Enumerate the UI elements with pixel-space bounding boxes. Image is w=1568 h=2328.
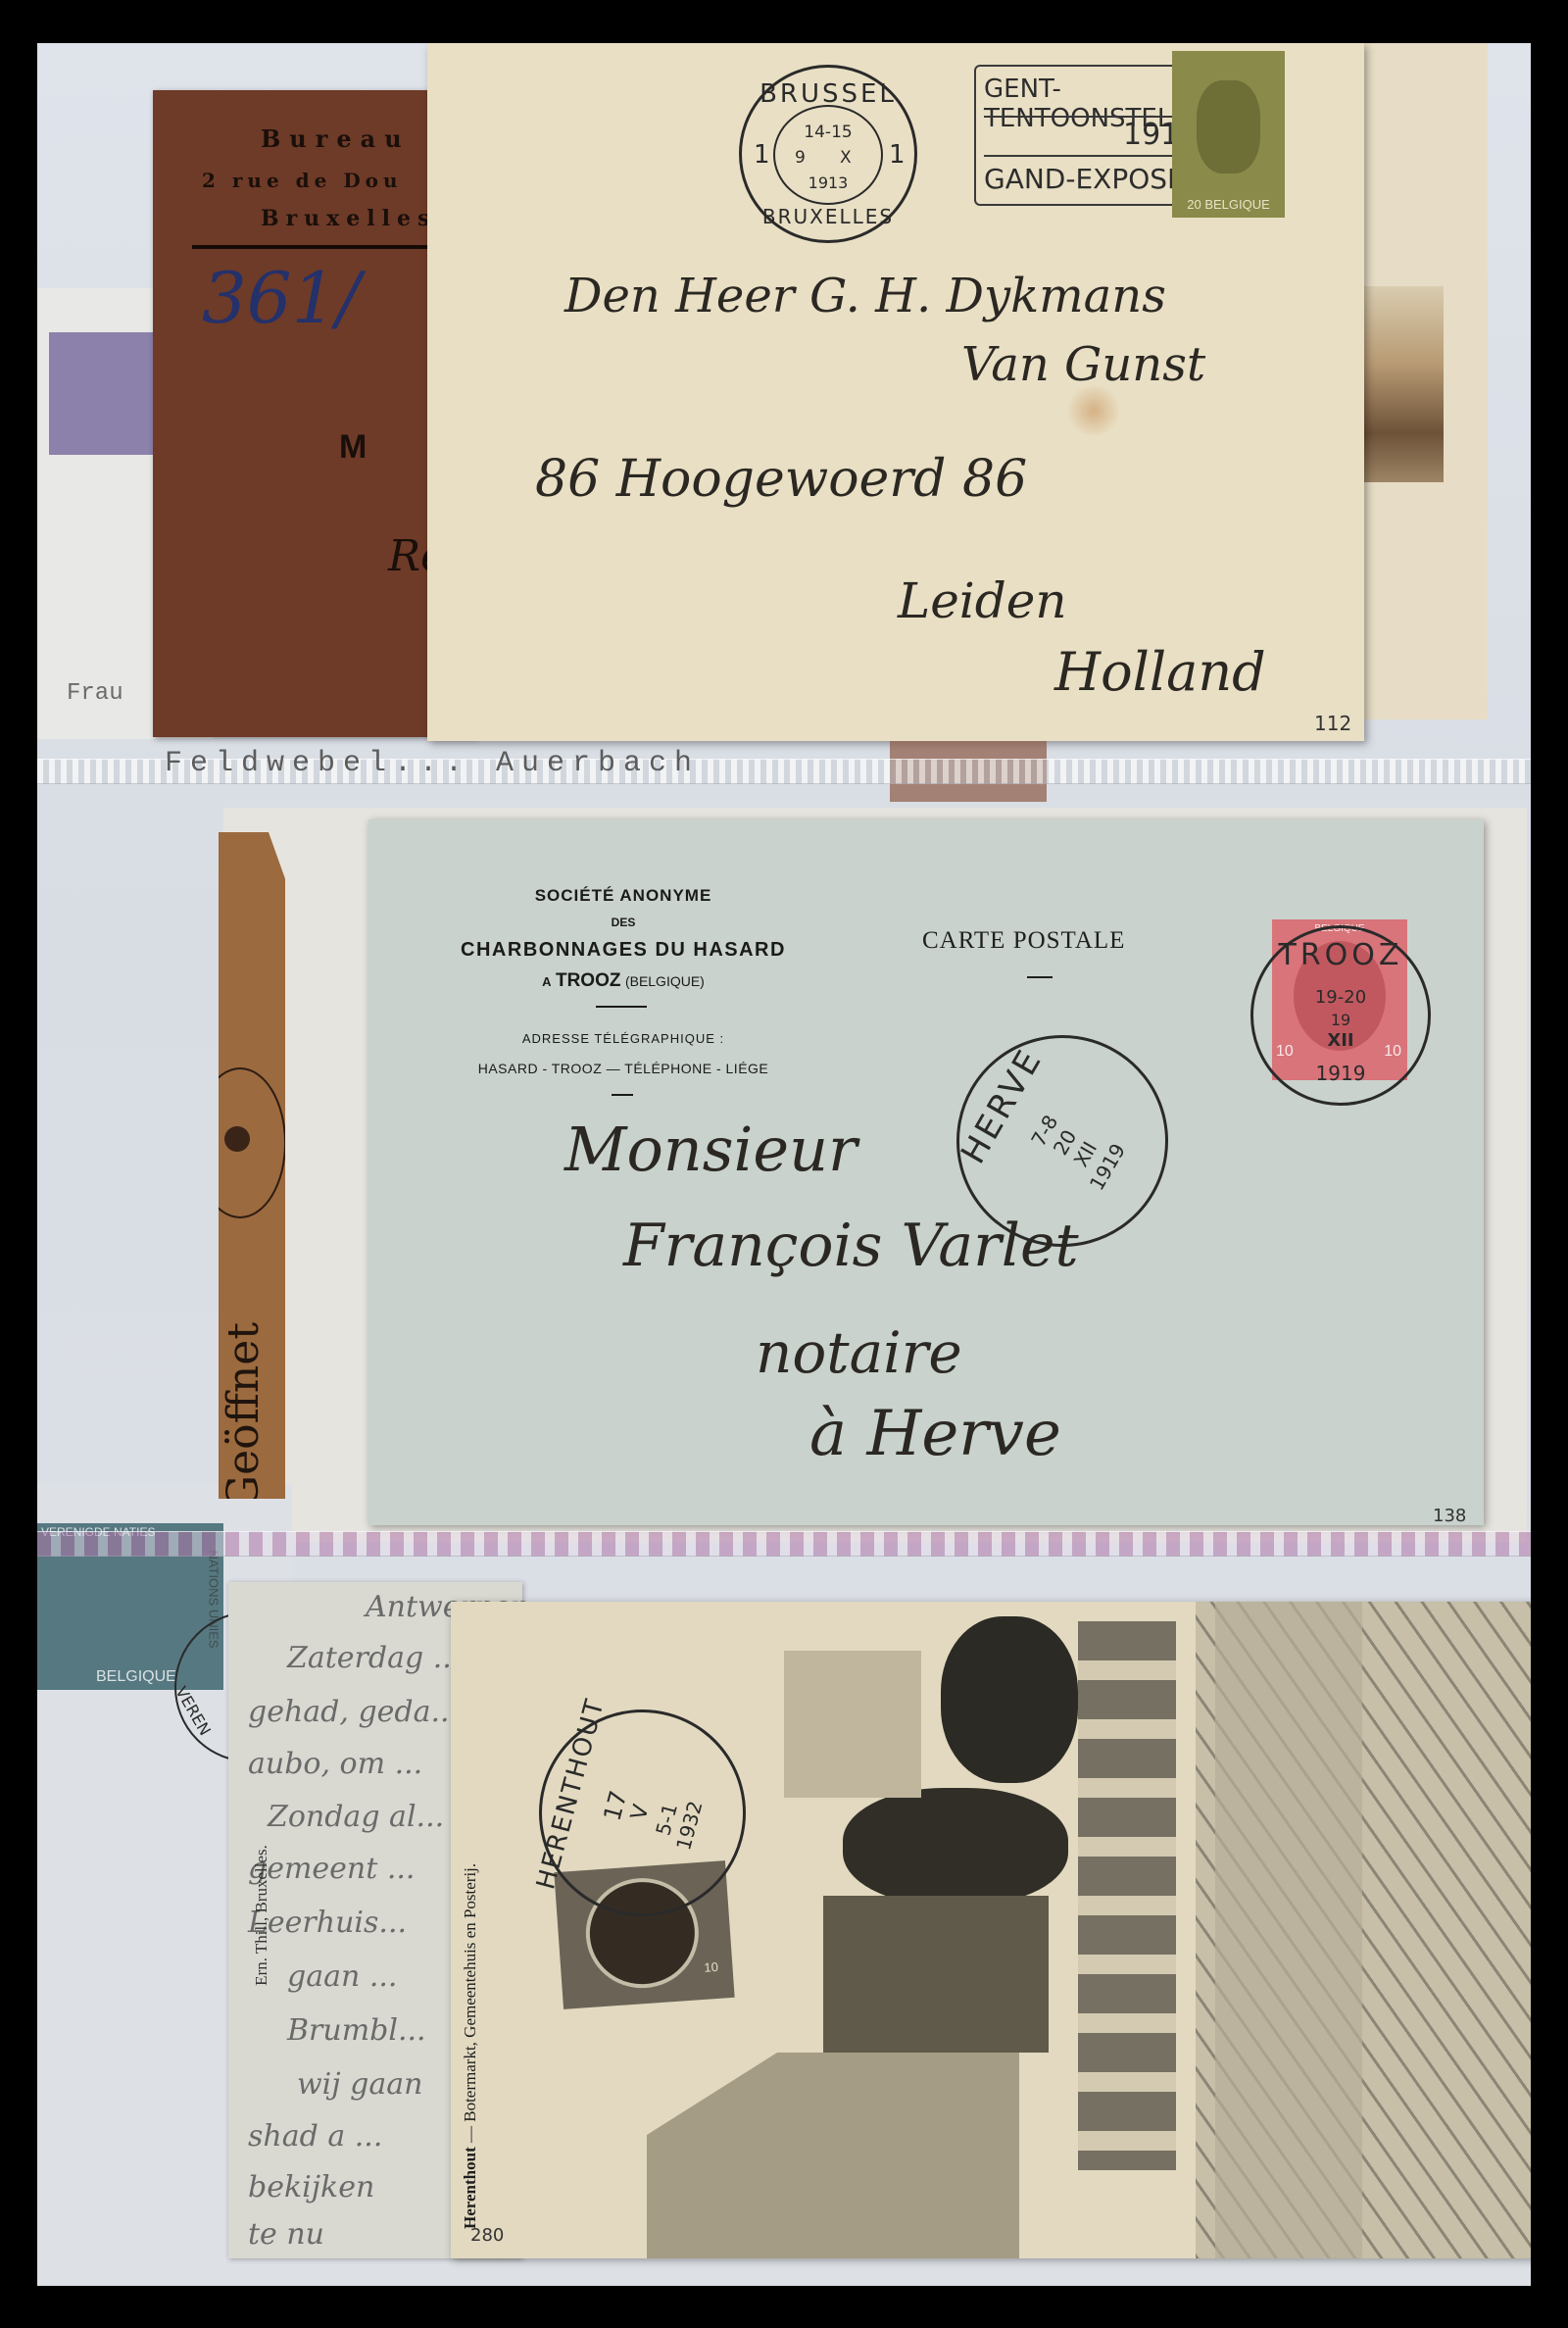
album-number-280: 280 bbox=[470, 2225, 504, 2246]
trooz-postmark: TROOZ 19-20 19 XII 1919 bbox=[1250, 925, 1431, 1106]
main-cover-1913: BRUSSEL 14-15 9 X 1913 1 1 BRUXELLES GEN… bbox=[427, 43, 1364, 741]
header-line-5: ADRESSE TÉLÉGRAPHIQUE : bbox=[368, 1031, 878, 1046]
stamp-portrait bbox=[1197, 80, 1260, 173]
msg-line-11: shad a ... bbox=[248, 2119, 382, 2154]
postmark-city-bottom: BRUXELLES bbox=[742, 205, 914, 228]
postmark-year: 1913 bbox=[742, 173, 914, 192]
postmark-time: 14-15 bbox=[742, 123, 914, 142]
address-line-3: 86 Hoogewoerd 86 bbox=[535, 450, 1027, 509]
msg-line-7: Leerhuis... bbox=[248, 1906, 407, 1940]
header-rule bbox=[612, 1094, 633, 1096]
fragment-m: M bbox=[339, 428, 367, 467]
header-line-2: DES bbox=[368, 916, 878, 929]
pc-address-3: notaire bbox=[756, 1319, 962, 1386]
msg-line-5: Zondag al... bbox=[268, 1800, 444, 1834]
address-line-1: Den Heer G. H. Dykmans bbox=[564, 269, 1166, 323]
address-line-5: Holland bbox=[1054, 641, 1266, 703]
album-number-112: 112 bbox=[1314, 712, 1351, 735]
title-rule bbox=[1027, 976, 1053, 978]
postmark-side-left: 1 bbox=[754, 140, 770, 170]
caption-rest: — Botermarkt, Gemeentehuis en Posterij. bbox=[461, 1863, 479, 2143]
caption: Herenthout — Botermarkt, Gemeentehuis en… bbox=[461, 1641, 480, 2229]
ornament-rule bbox=[596, 1006, 647, 1008]
header-line-4-prefix: A bbox=[542, 974, 551, 989]
postmark-side-right: 1 bbox=[889, 140, 906, 170]
scene-building-windows bbox=[1078, 1621, 1176, 2170]
foxing-stain bbox=[1064, 386, 1123, 435]
address-line-2: Van Gunst bbox=[961, 337, 1205, 392]
lion-stamp-value: 10 bbox=[704, 1959, 718, 1975]
censor-emblem bbox=[224, 1126, 250, 1152]
msg-line-3: gehad, geda... bbox=[248, 1695, 459, 1729]
address-line-4: Leiden bbox=[898, 572, 1067, 629]
postmark-day: 9 bbox=[795, 148, 806, 168]
publisher-credit: Ern. Thill, Bruxelles. bbox=[252, 1845, 271, 1986]
brussel-postmark: BRUSSEL 14-15 9 X 1913 1 1 BRUXELLES bbox=[739, 65, 917, 243]
printed-line-3: Bruxelles bbox=[261, 206, 436, 231]
scene-house bbox=[823, 1896, 1049, 2053]
king-albert-stamp: 20 BELGIQUE bbox=[1172, 51, 1285, 218]
stamp-country: BELGIQUE bbox=[1204, 197, 1269, 212]
album-page: Frau Bureau 2 rue de Dou Bruxelles 361/ … bbox=[37, 43, 1531, 2286]
pc-address-2: François Varlet bbox=[623, 1212, 1079, 1280]
header-line-4: A TROOZ (BELGIQUE) bbox=[368, 970, 878, 992]
caption-bold: Herenthout bbox=[461, 2147, 479, 2229]
scene-wall bbox=[1215, 1602, 1362, 2258]
header-line-3: CHARBONNAGES DU HASARD bbox=[368, 939, 878, 962]
scene-tree-1 bbox=[941, 1616, 1078, 1783]
msg-line-6: gemeent ... bbox=[248, 1852, 415, 1886]
printed-line-1: Bureau bbox=[261, 124, 411, 153]
handwritten-number: 361/ bbox=[202, 257, 361, 339]
pc-address-1: Monsieur bbox=[564, 1114, 857, 1185]
carte-postale-title: CARTE POSTALE bbox=[922, 927, 1125, 955]
sleeve-typed-label: Feldwebel... Auerbach bbox=[165, 747, 700, 780]
msg-line-2: Zaterdag ... bbox=[287, 1641, 461, 1675]
album-number-138: 138 bbox=[1433, 1506, 1466, 1526]
stamp-value: 20 bbox=[1187, 197, 1200, 212]
msg-line-12: bekijken bbox=[248, 2170, 374, 2204]
sleeve-strip-2 bbox=[37, 1531, 1531, 1557]
censor-text: Geöffnet bbox=[219, 1322, 269, 1510]
rule bbox=[192, 245, 466, 249]
un-stamp-bottom: BELGIQUE bbox=[96, 1668, 176, 1686]
header-line-4-suffix: (BELGIQUE) bbox=[625, 973, 705, 989]
scene-tower bbox=[784, 1651, 921, 1798]
trooz-day: 19 bbox=[1253, 1011, 1428, 1029]
msg-line-4: aubo, om ... bbox=[248, 1747, 422, 1781]
header-line-1: SOCIÉTÉ ANONYME bbox=[368, 886, 878, 906]
postmark-month: X bbox=[840, 148, 852, 168]
herenthout-postmark: HERENTHOUT 17 V 5-1 1932 bbox=[515, 1686, 768, 1939]
msg-line-10: wij gaan bbox=[297, 2067, 422, 2102]
trooz-month: XII bbox=[1253, 1030, 1428, 1051]
slogan-wave-2 bbox=[984, 155, 1200, 157]
stamp-label: 20 BELGIQUE bbox=[1172, 197, 1285, 212]
scene-gable bbox=[647, 2053, 1019, 2258]
pc-address-4: à Herve bbox=[809, 1398, 1061, 1470]
header-line-4-city: TROOZ bbox=[556, 970, 621, 991]
scene-tree-2 bbox=[843, 1788, 1068, 1906]
header-line-6: HASARD - TROOZ — TÉLÉPHONE - LIÉGE bbox=[368, 1061, 878, 1076]
trooz-time: 19-20 bbox=[1253, 987, 1428, 1008]
trooz-city: TROOZ bbox=[1253, 938, 1428, 972]
un-cancel-fragment: VEREN bbox=[171, 1683, 215, 1738]
msg-line-8: gaan ... bbox=[287, 1959, 397, 1994]
trooz-year: 1919 bbox=[1253, 1062, 1428, 1085]
printed-line-2: 2 rue de Dou bbox=[202, 169, 403, 192]
msg-line-9: Brumbl... bbox=[287, 2013, 426, 2048]
purple-stamp bbox=[49, 332, 157, 455]
carte-postale: SOCIÉTÉ ANONYME DES CHARBONNAGES DU HASA… bbox=[368, 819, 1484, 1525]
censor-tape: Geöffnet bbox=[219, 832, 285, 1499]
herenthout-postcard: Herenthout — Botermarkt, Gemeentehuis en… bbox=[451, 1602, 1531, 2258]
addressee-fragment: Frau bbox=[67, 680, 123, 707]
msg-line-13: te nu bbox=[248, 2217, 324, 2252]
